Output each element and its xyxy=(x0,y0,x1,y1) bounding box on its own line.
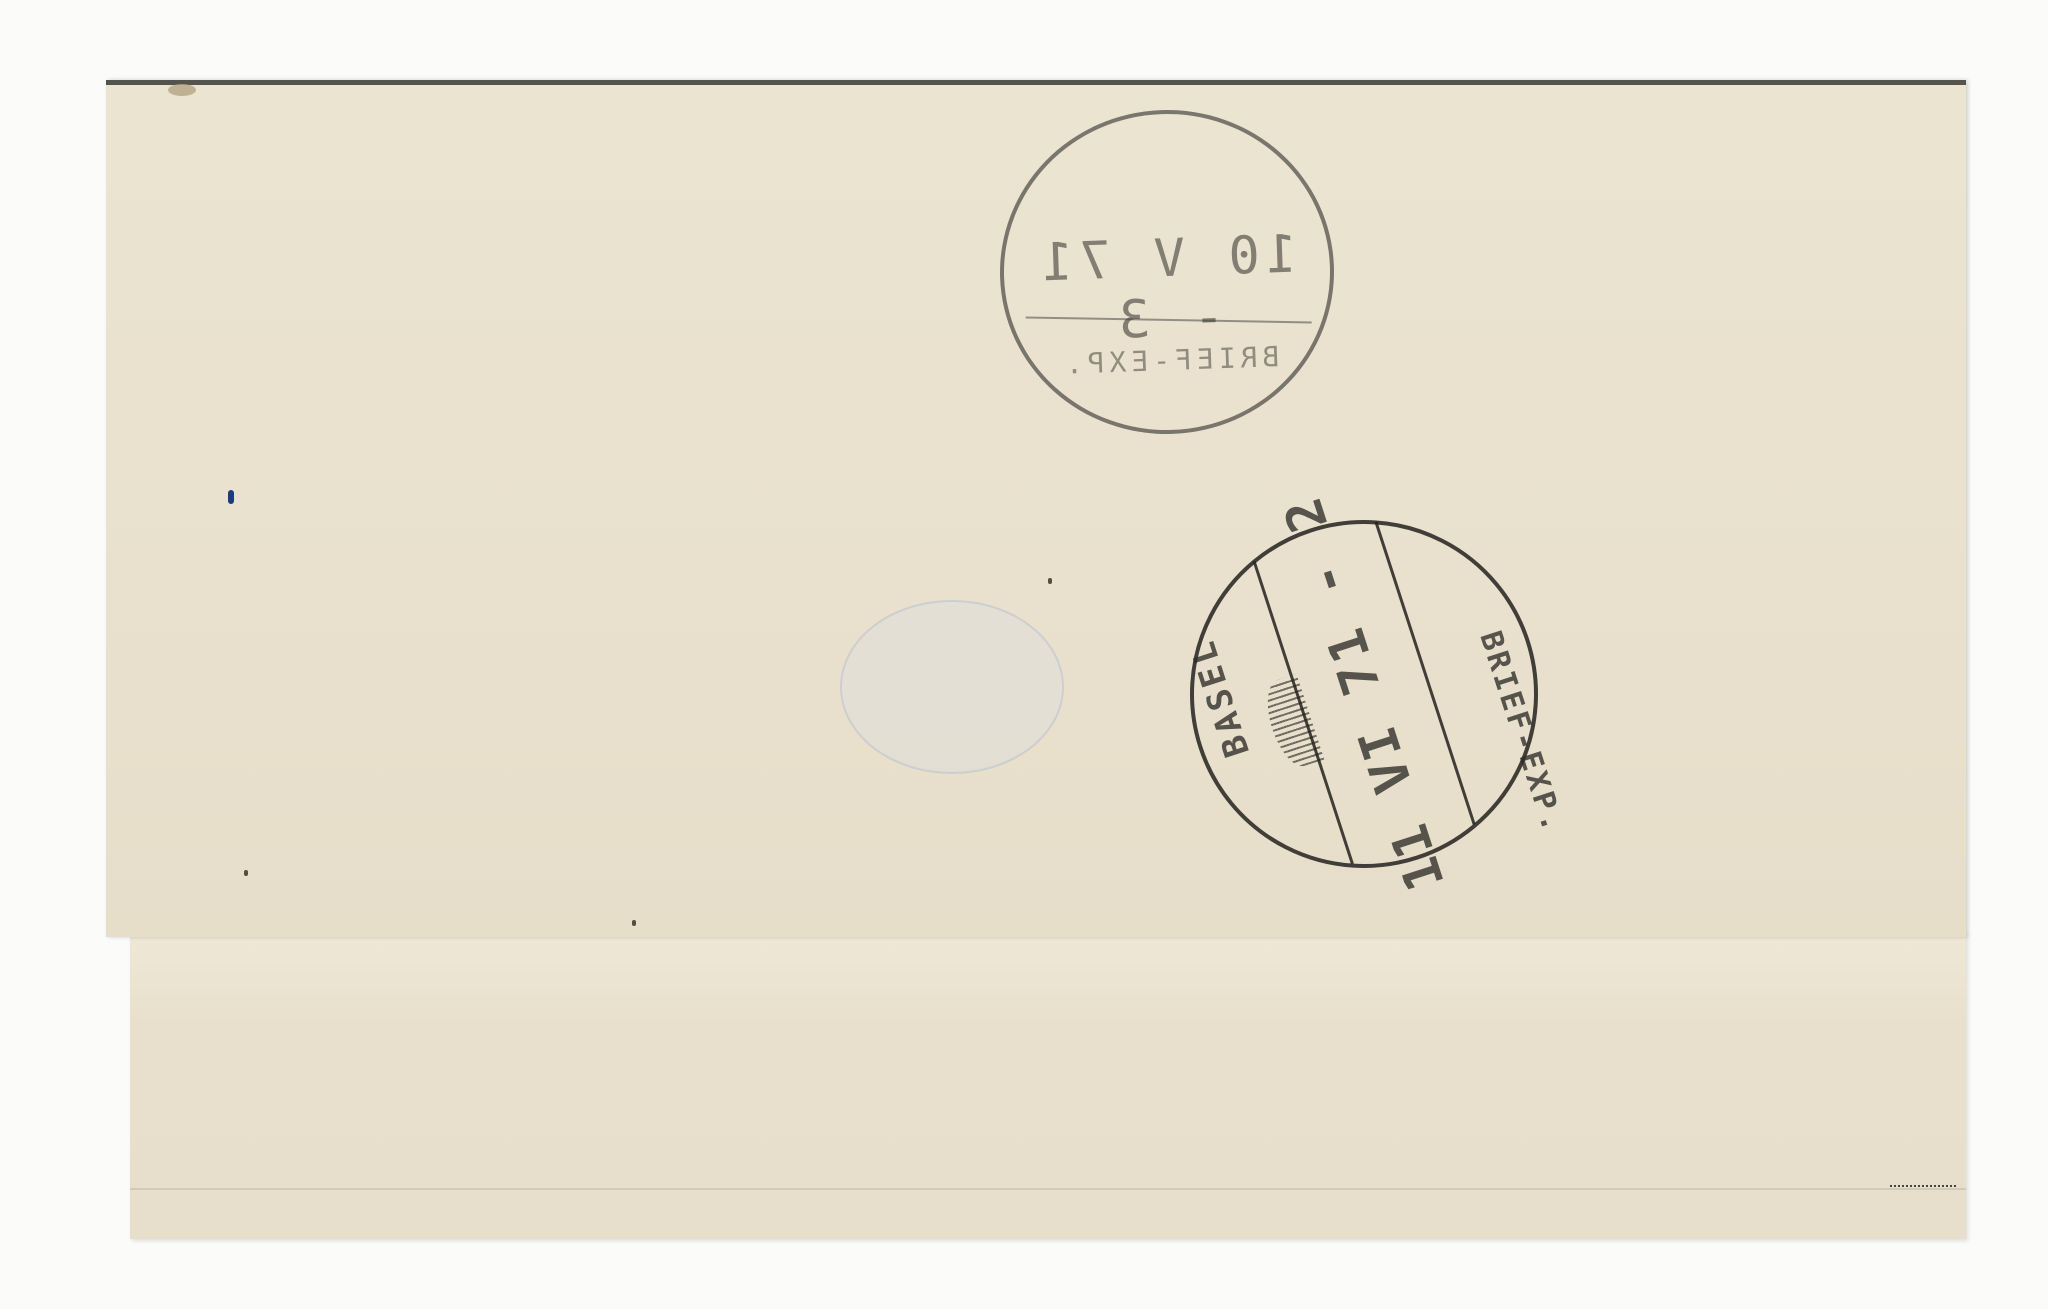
faint-blue-handstamp xyxy=(840,600,1064,774)
cover-lower-panel xyxy=(130,932,1966,1239)
edge-stain xyxy=(168,84,196,96)
ink-speck xyxy=(1048,578,1052,584)
postmark-date: 10 V 71 - 3 xyxy=(1003,223,1333,354)
ink-speck xyxy=(632,920,636,926)
postmark-right-text: BRIEF-EXP. xyxy=(1472,627,1518,676)
edge-tear xyxy=(1890,1185,1956,1189)
postmark-town: BASEL xyxy=(1208,711,1258,761)
ink-speck xyxy=(244,870,248,876)
fold-line xyxy=(130,1188,1966,1190)
blue-ink-speck xyxy=(228,490,234,504)
postmark-date: 11 VI 71 - 2 xyxy=(1272,488,1456,898)
